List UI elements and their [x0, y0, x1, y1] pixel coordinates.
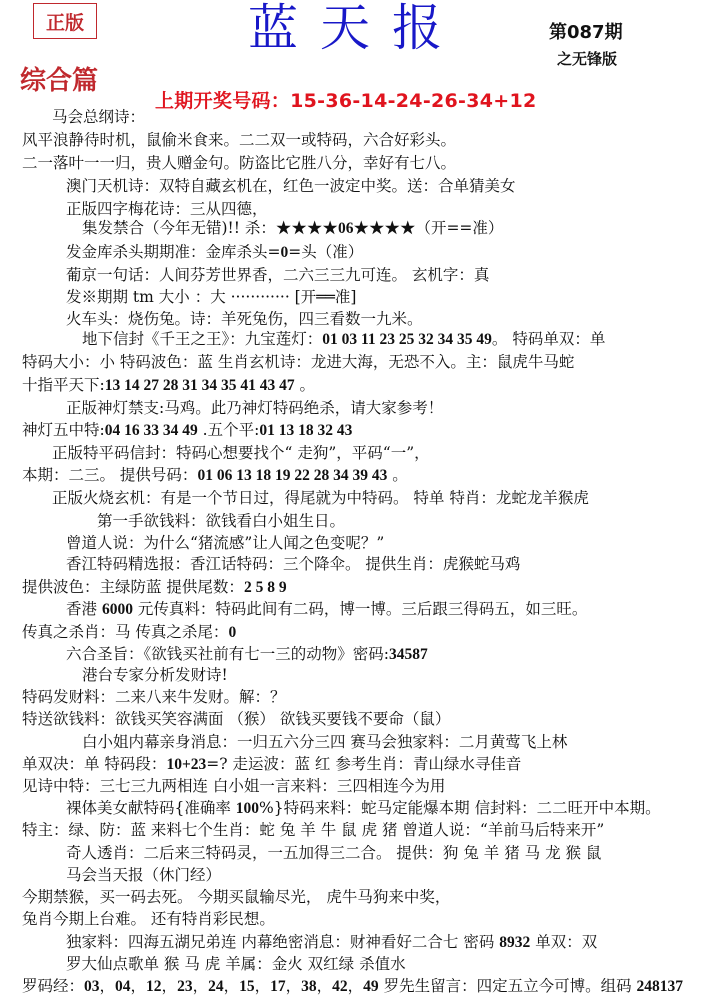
text-line: 马会总纲诗： — [52, 107, 145, 127]
text-line: 六合圣旨：《欲钱买社前有七一三的动物》密码:34587 — [66, 644, 428, 665]
text-line: 兔肖今期上台难。 还有特肖彩民想。 — [22, 909, 275, 929]
issue-number: 第087期 — [549, 18, 623, 44]
text-line: 香江特码精选报：香江话特码：三个降伞。 提供生肖：虎猴蛇马鸡 — [66, 554, 520, 574]
text-line: 罗码经：03，04，12，23，24，15，17，38，42，49 罗先生留言：… — [22, 976, 683, 997]
last-draw-results: 上期开奖号码：15-36-14-24-26-34+12 — [155, 86, 537, 113]
text-line: 正版火烧玄机：有是一个节日过，得尾就为中特码。 特单 特肖：龙蛇龙羊猴虎 — [52, 488, 589, 508]
text-line: 白小姐内幕亲身消息：一归五六分三四 赛马会独家料：二月黄莺飞上林 — [82, 732, 567, 752]
section-title: 综合篇 — [20, 60, 98, 97]
text-line: 特送欲钱料：欲钱买笑容满面 （猴） 欲钱买要钱不要命（鼠） — [22, 709, 450, 729]
text-line: 正版四字梅花诗：三从四德， — [66, 199, 268, 219]
text-line: 二一落叶一一归，贵人赠金句。防盗比它胜八分，幸好有七八。 — [22, 153, 456, 173]
text-line: 特码大小：小 特码波色：蓝 生肖玄机诗：龙进大海，无恐不入。主：鼠虎牛马蛇 — [22, 352, 574, 372]
text-line: 奇人透肖：二后来三特码灵，一五加得三二合。 提供：狗 兔 羊 猪 马 龙 猴 鼠 — [66, 843, 601, 863]
text-line: 十指平天下:13 14 27 28 31 34 35 41 43 47 。 — [22, 375, 315, 396]
text-line: 澳门天机诗：双特自藏玄机在，红色一波定中奖。送：合单猜美女 — [66, 176, 516, 196]
text-line: 地下信封《千王之王》：九宝莲灯：01 03 11 23 25 32 34 35 … — [82, 329, 605, 350]
text-line: 裸体美女献特码{准确率 100%}特码来料：蛇马定能爆本期 信封料：二二旺开中本… — [66, 798, 661, 819]
edition-label: 之无锋版 — [557, 48, 617, 69]
text-line: 传真之杀肖：马 传真之杀尾：0 — [22, 622, 236, 643]
text-line: 葡京一句话：人间芬芳世界香，二六三三九可连。 玄机字：真 — [66, 265, 489, 285]
text-line: 见诗中特：三七三九两相连 白小姐一言来料：三四相连今为用 — [22, 776, 445, 796]
last-draw-label: 上期开奖号码： — [155, 90, 290, 112]
text-line: 单双决：单 特码段：10+23=? 走运波：蓝 红 参考生肖：青山绿水寻佳音 — [22, 754, 521, 775]
text-line: 提供波色：主绿防蓝 提供尾数：2 5 8 9 — [22, 577, 287, 598]
last-draw-numbers: 15-36-14-24-26-34+12 — [290, 90, 536, 112]
text-line: 集发禁合（今年无错)!! 杀：★★★★06★★★★（开==准） — [82, 218, 503, 239]
text-line: 特码发财料：二来八来牛发财。解：？ — [22, 687, 286, 707]
newspaper-title: 蓝天报 — [248, 2, 464, 54]
text-line: 马会当天报（休门经） — [66, 865, 221, 885]
official-edition-badge: 正版 — [33, 3, 97, 39]
text-line: 香港 6000 元传真料：特码此间有二码，博一博。三后跟三得码五，如三旺。 — [66, 599, 587, 620]
text-line: 发金库杀头期期准：金库杀头=0=头（准） — [66, 242, 363, 263]
text-line: 第一手欲钱料：欲钱看白小姐生日。 — [97, 511, 345, 531]
text-line: 正版神灯禁支:马鸡。此乃神灯特码绝杀，请大家参考！ — [66, 398, 443, 418]
text-line: 特主：绿、防：蓝 来料七个生肖：蛇 兔 羊 牛 鼠 虎 猪 曾道人说：“羊前马后… — [22, 820, 604, 840]
text-line: 港台专家分析发财诗! — [82, 665, 228, 685]
text-line: 正版特平码信封：特码心想要找个“ 走狗”，平码“一”， — [52, 443, 430, 463]
text-line: 风平浪静待时机，鼠偷米食来。二二双一或特码，六合好彩头。 — [22, 130, 456, 150]
text-line: 本期：二三。 提供号码：01 06 13 18 19 22 28 34 39 4… — [22, 465, 408, 486]
text-line: 罗大仙点歌单 猴 马 虎 羊属：金火 双红绿 杀值水 — [66, 954, 406, 974]
text-line: 曾道人说：为什么“猪流感”让人闻之色变呢？” — [66, 533, 384, 553]
text-line: 火车头：烧伤兔。诗：羊死兔伤，四三看数一九米。 — [66, 309, 423, 329]
text-line: 独家料：四海五湖兄弟连 内幕绝密消息：财神看好二合七 密码 8932 单双：双 — [66, 932, 597, 953]
text-line: 神灯五中特:04 16 33 34 49 .五个平:01 13 18 32 43 — [22, 420, 352, 441]
text-line: 今期禁猴，买一码去死。 今期买鼠输尽光， 虎牛马狗来中奖， — [22, 887, 450, 907]
text-line: 发※期期 tm 大小 ：大 ············ [开══准] — [66, 287, 356, 307]
